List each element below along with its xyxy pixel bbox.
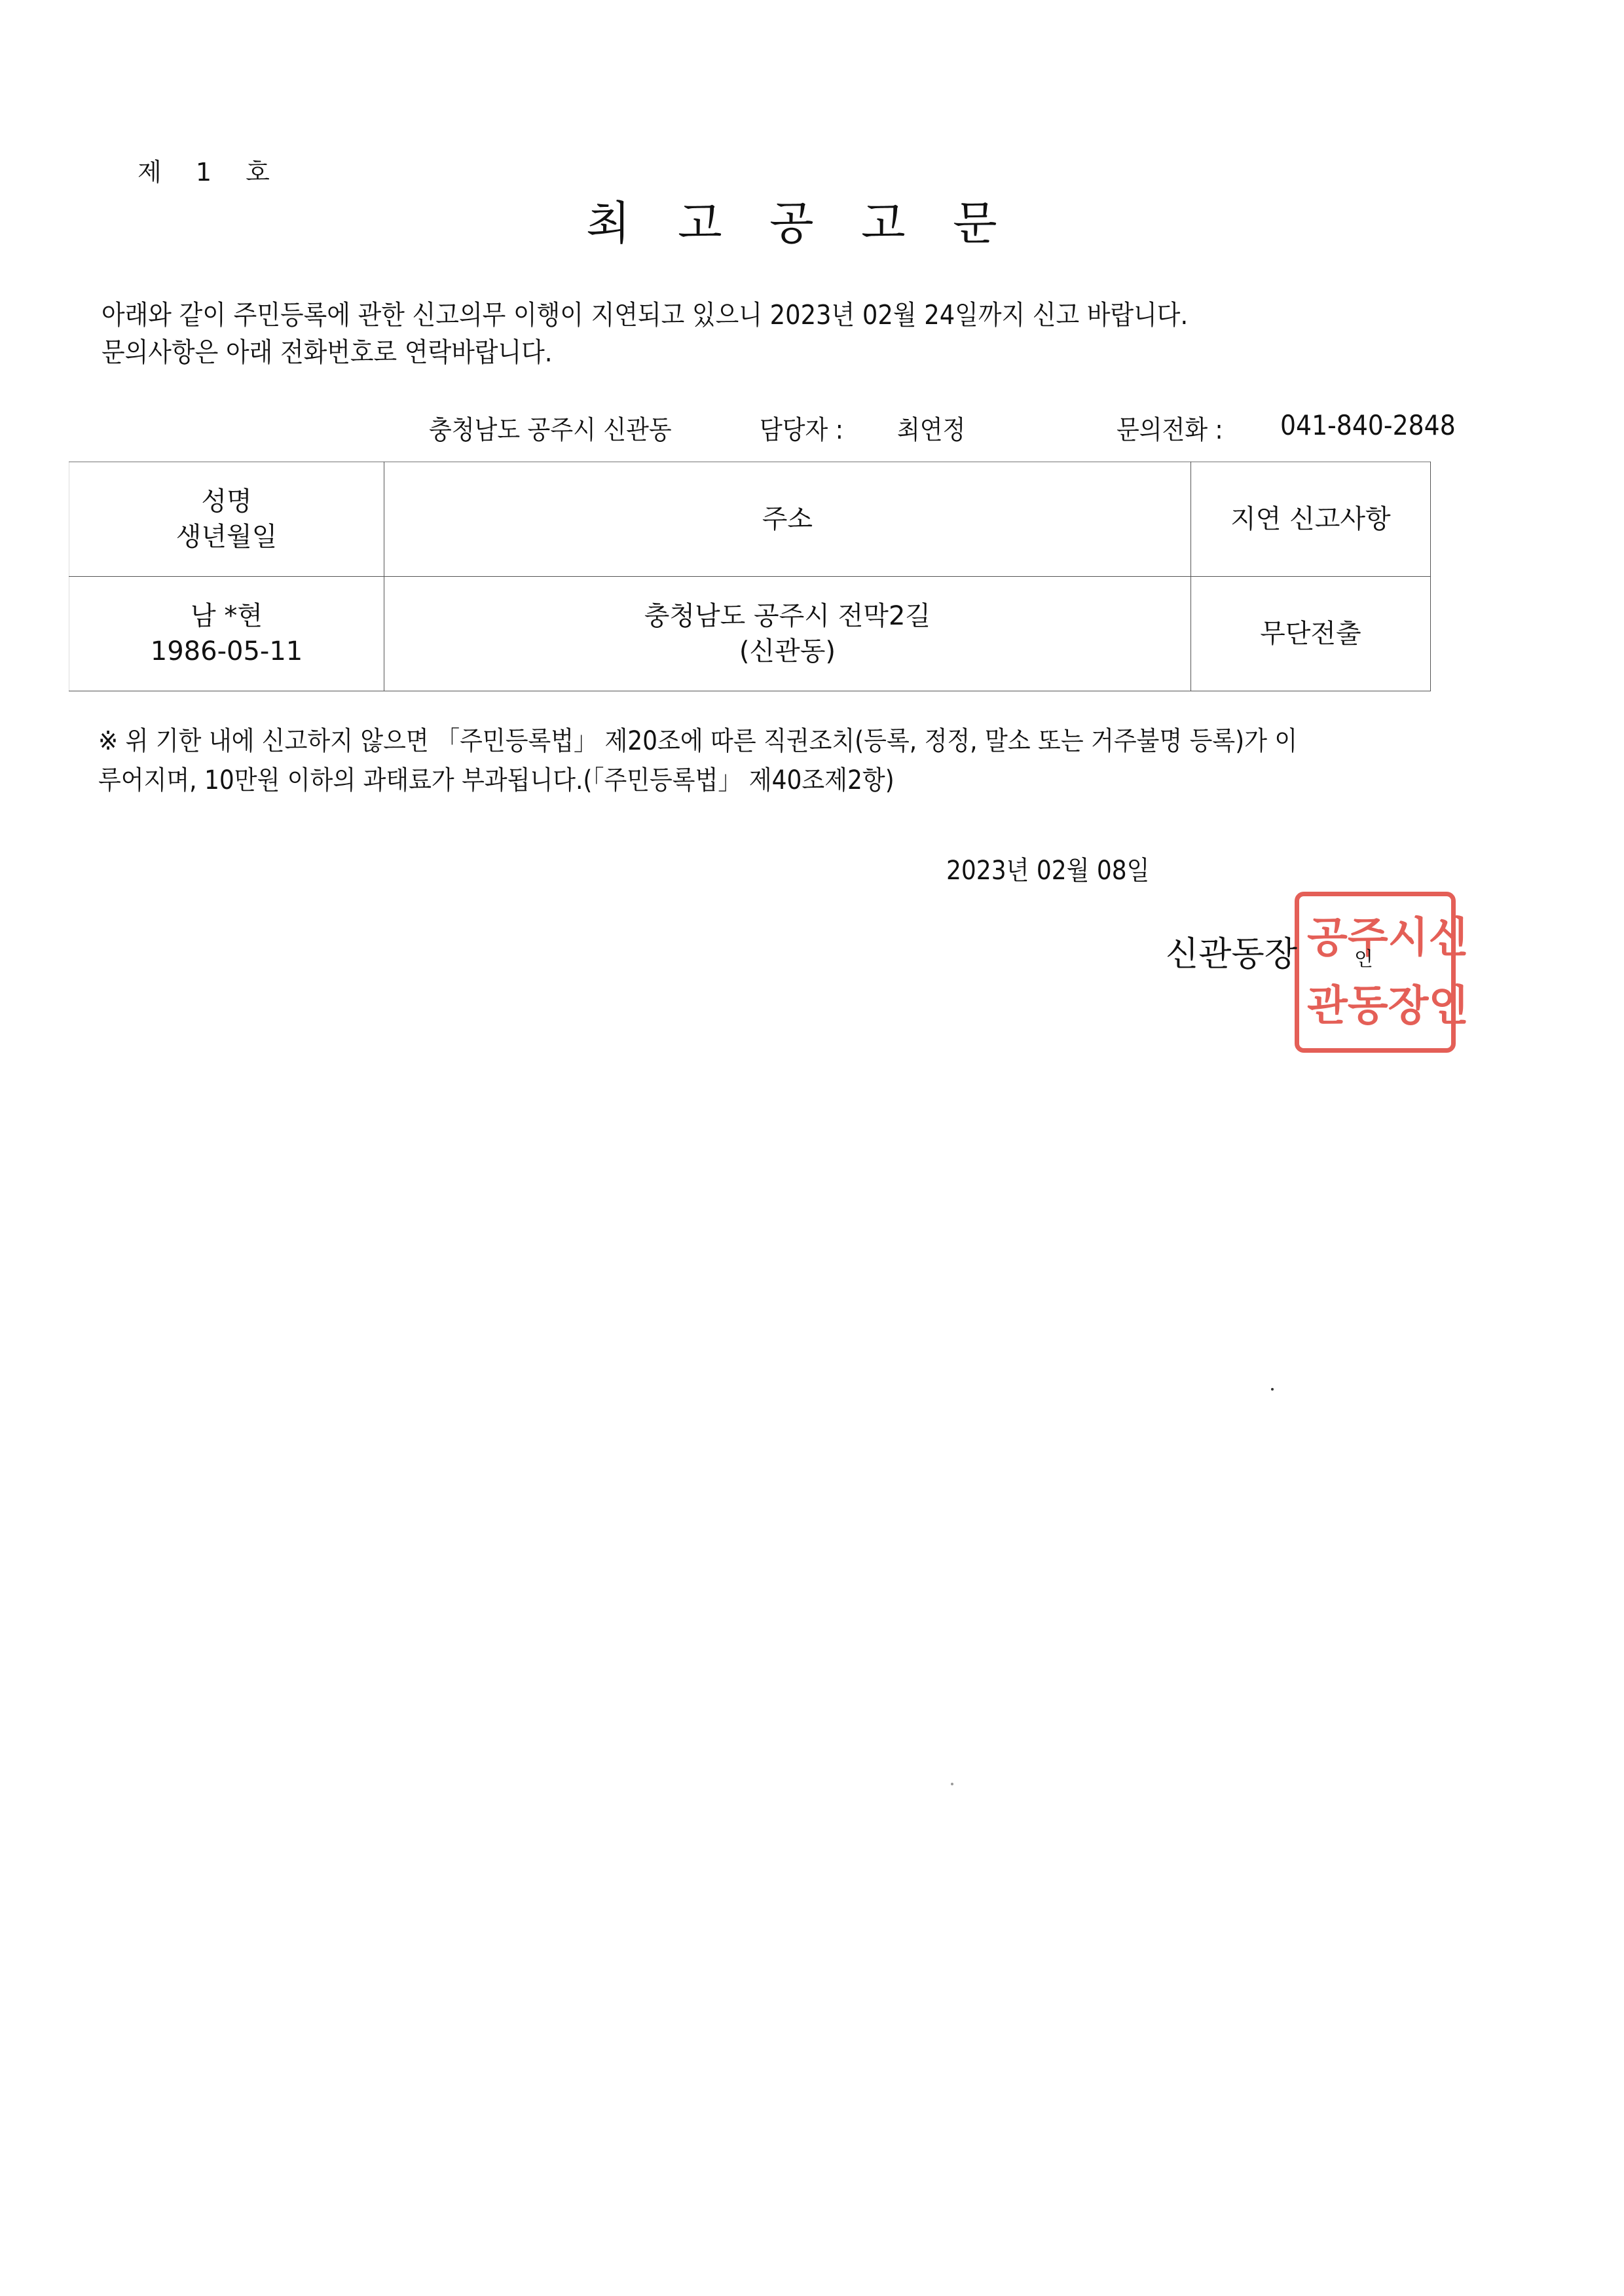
title-char: 고 [861, 187, 953, 253]
table-row: 남 *현 1986-05-11 충청남도 공주시 전막2길 (신관동) 무단전출 [69, 577, 1431, 691]
intro-line-1: 아래와 같이 주민등록에 관한 신고의무 이행이 지연되고 있으니 2023년 … [101, 293, 1188, 332]
seal-char: 동 [1348, 972, 1388, 1040]
cell-address: 충청남도 공주시 전막2길 (신관동) [384, 577, 1191, 691]
document-number-prefix: 제 [138, 152, 162, 188]
seal-mark: 인 [1354, 943, 1373, 972]
seal-char: 인 [1428, 972, 1469, 1040]
contact-phone: 041-840-2848 [1280, 409, 1456, 441]
document-number-value: 1 [196, 158, 212, 187]
seal-char: 시 [1388, 904, 1429, 972]
title-char: 공 [769, 187, 861, 253]
scan-speck [951, 1783, 953, 1785]
document-title: 최고공고문 [586, 187, 1044, 253]
seal-char: 신 [1428, 904, 1469, 972]
signer-title: 신관동장 [1166, 926, 1297, 975]
intro-line-2: 문의사항은 아래 전화번호로 연락바랍니다. [101, 331, 553, 369]
header-delayed-item: 지연 신고사항 [1190, 462, 1430, 577]
cell-address-line-1: 충청남도 공주시 전막2길 [385, 598, 1190, 634]
document-number-suffix: 호 [246, 152, 270, 188]
contact-office: 충청남도 공주시 신관동 [429, 409, 672, 446]
seal-text: 공 주 시 신 관 동 장 인 [1307, 904, 1443, 1040]
header-name: 성명 [70, 484, 383, 519]
contact-phone-label: 문의전화 : [1116, 409, 1223, 446]
issue-date: 2023년 02월 08일 [946, 850, 1149, 887]
title-char: 고 [678, 187, 769, 253]
contact-manager-label: 담당자 : [760, 409, 843, 446]
header-birthdate: 생년월일 [70, 519, 383, 555]
cell-name: 남 *현 [70, 598, 383, 634]
notice-line-2: 루어지며, 10만원 이하의 과태료가 부과됩니다.(「주민등록법」 제40조제… [98, 759, 895, 797]
notice-line-1: ※ 위 기한 내에 신고하지 않으면 「주민등록법」 제20조에 따른 직권조치… [98, 720, 1297, 757]
title-char: 문 [953, 187, 1044, 253]
cell-address-line-2: (신관동) [385, 634, 1190, 669]
official-seal: 공 주 시 신 관 동 장 인 [1295, 892, 1456, 1053]
cell-name-birthdate: 남 *현 1986-05-11 [69, 577, 384, 691]
cell-birthdate: 1986-05-11 [70, 634, 383, 669]
seal-char: 공 [1307, 904, 1348, 972]
header-name-birthdate: 성명 생년월일 [69, 462, 384, 577]
scan-speck [1271, 1388, 1274, 1391]
contact-manager-name: 최연정 [897, 409, 965, 446]
delinquent-report-table: 성명 생년월일 주소 지연 신고사항 남 *현 1986-05-11 충청남도 … [69, 462, 1431, 691]
table-header-row: 성명 생년월일 주소 지연 신고사항 [69, 462, 1431, 577]
document-number: 제 1 호 [138, 152, 270, 188]
header-address: 주소 [384, 462, 1191, 577]
seal-char: 장 [1388, 972, 1429, 1040]
seal-char: 관 [1307, 972, 1348, 1040]
title-char: 최 [586, 187, 678, 253]
cell-delayed-item: 무단전출 [1190, 577, 1430, 691]
